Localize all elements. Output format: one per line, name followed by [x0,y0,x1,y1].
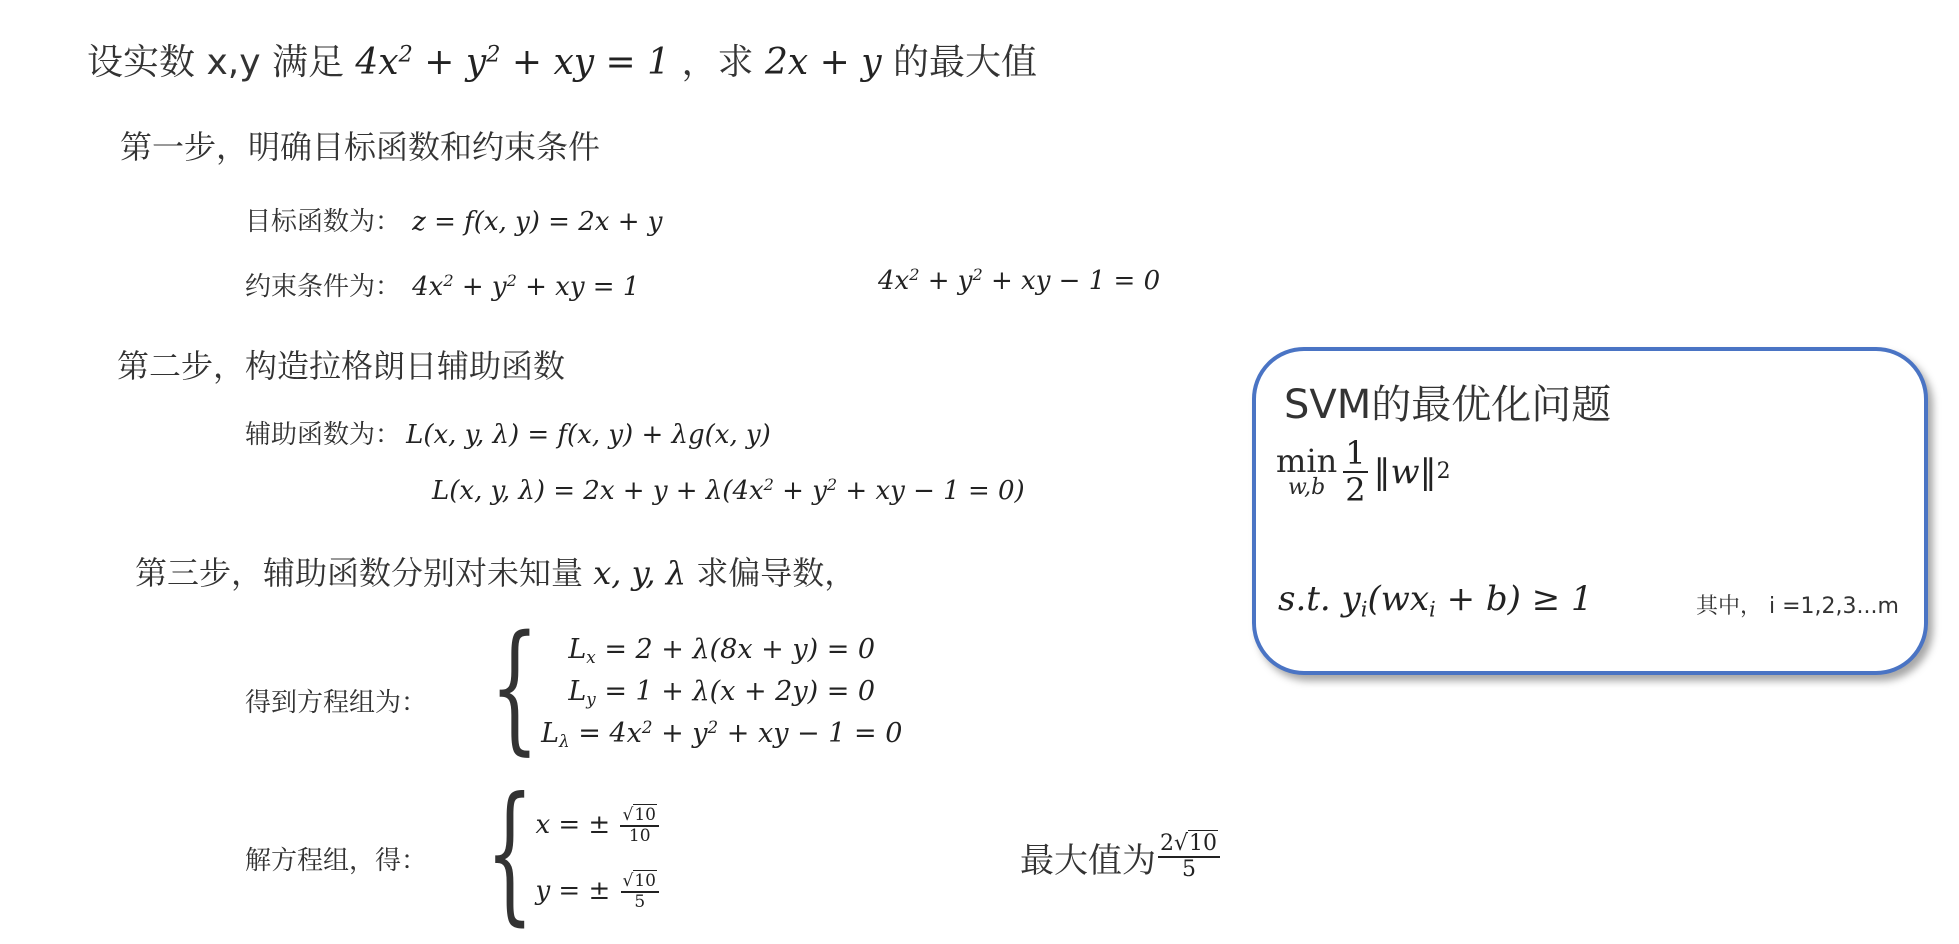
svm-constraint: s.t. yi(wxi + b) ≥ 1 [1278,579,1593,619]
max-value-row: 最大值为 2√105 [1020,832,1222,882]
problem-statement: 设实数 x,y 满足 4x2 + y2 + xy = 1 ，求 2x + y 的… [87,34,1037,85]
constraint-label: 约束条件为： [245,272,401,302]
max-value: 2√105 [1158,832,1220,882]
left-brace: { [490,618,539,758]
aux-row: 辅助函数为： L(x, y, λ) = f(x, y) + λg(x, y) [245,414,771,451]
svm-objective: minw,b 12 ‖w‖2 [1276,436,1451,508]
problem-target: 2x + y [765,42,882,83]
max-label: 最大值为 [1020,833,1156,882]
svm-callout-box: SVM的最优化问题 minw,b 12 ‖w‖2 s.t. yi(wxi + b… [1252,347,1928,675]
aux-label: 辅助函数为： [245,420,401,450]
objective-label: 目标函数为： [245,207,401,237]
solution-x: x = ± √1010 [535,792,661,858]
left-brace: { [486,778,534,928]
svm-title: SVM的最优化问题 [1284,373,1611,430]
equation-lx: Lx = 2 + λ(8x + y) = 0 [541,629,902,671]
objective-expr: z = f(x, y) = 2x + y [412,207,662,237]
problem-constraint: 4x2 + y2 + xy = 1 [355,42,670,83]
constraint-row: 约束条件为： 4x2 + y2 + xy = 1 [245,266,639,303]
step3-vars: x, y, λ [593,554,686,592]
aux-specific-expr: L(x, y, λ) = 2x + y + λ(4x2 + y2 + xy − … [432,476,1025,506]
svm-index-note: 其中， i =1,2,3...m [1696,589,1899,620]
constraint-alt-expr: 4x2 + y2 + xy − 1 = 0 [878,266,1160,296]
step2-heading: 第二步，构造拉格朗日辅助函数 [117,341,565,387]
system-label: 得到方程组为： [245,682,427,719]
constraint-expr: 4x2 + y2 + xy = 1 [412,272,639,302]
aux-general-expr: L(x, y, λ) = f(x, y) + λg(x, y) [406,420,771,450]
equation-ly: Ly = 1 + λ(x + 2y) = 0 [541,671,902,713]
problem-suffix: 的最大值 [882,42,1037,83]
solution-y: y = ± √105 [535,858,661,924]
problem-prefix: 设实数 x,y 满足 [87,42,355,83]
equation-system: { Lx = 2 + λ(8x + y) = 0 Ly = 1 + λ(x + … [470,626,902,758]
step3-heading: 第三步，辅助函数分别对未知量 x, y, λ 求偏导数， [135,548,856,594]
objective-row: 目标函数为： z = f(x, y) = 2x + y [245,201,662,238]
solve-label: 解方程组，得： [245,840,427,877]
step1-heading: 第一步，明确目标函数和约束条件 [120,122,600,168]
solution-system: { x = ± √1010 y = ± √105 [462,788,661,928]
problem-middle: ，求 [670,42,765,83]
equation-llambda: Lλ = 4x2 + y2 + xy − 1 = 0 [541,713,902,755]
